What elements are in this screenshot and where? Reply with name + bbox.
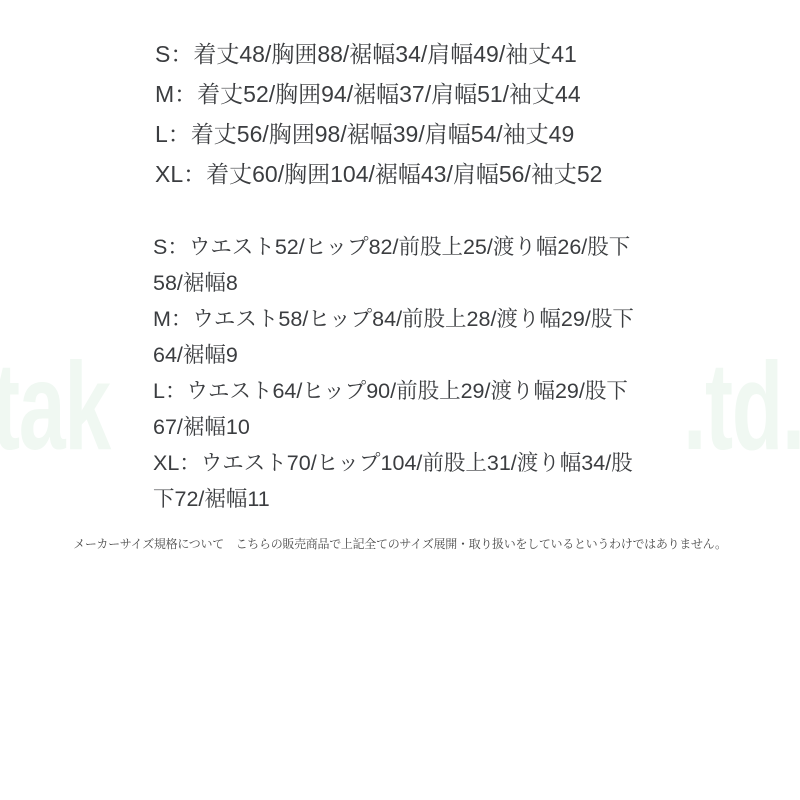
size-chart-bottoms: S：ウエスト52/ヒップ82/前股上25/渡り幅26/股下 58/裾幅8 M：ウ… <box>153 229 634 517</box>
tops-size-row-s: S：着丈48/胸囲88/裾幅34/肩幅49/袖丈41 <box>155 34 602 74</box>
bottoms-size-row-l-line1: L：ウエスト64/ヒップ90/前股上29/渡り幅29/股下 <box>153 373 634 409</box>
bottoms-size-row-xl-line1: XL：ウエスト70/ヒップ104/前股上31/渡り幅34/股 <box>153 445 634 481</box>
size-chart-tops: S：着丈48/胸囲88/裾幅34/肩幅49/袖丈41 M：着丈52/胸囲94/裾… <box>155 34 602 194</box>
bottoms-size-row-s-line2: 58/裾幅8 <box>153 265 634 301</box>
bottoms-size-row-s-line1: S：ウエスト52/ヒップ82/前股上25/渡り幅26/股下 <box>153 229 634 265</box>
size-chart-page: tak .td. S：着丈48/胸囲88/裾幅34/肩幅49/袖丈41 M：着丈… <box>0 0 800 800</box>
bottoms-size-row-xl-line2: 下72/裾幅11 <box>153 481 634 517</box>
watermark-right-fragment: .td. <box>683 345 800 469</box>
bottoms-size-row-m-line2: 64/裾幅9 <box>153 337 634 373</box>
tops-size-row-xl: XL：着丈60/胸囲104/裾幅43/肩幅56/袖丈52 <box>155 154 602 194</box>
tops-size-row-m: M：着丈52/胸囲94/裾幅37/肩幅51/袖丈44 <box>155 74 602 114</box>
tops-size-row-l: L：着丈56/胸囲98/裾幅39/肩幅54/袖丈49 <box>155 114 602 154</box>
bottoms-size-row-l-line2: 67/裾幅10 <box>153 409 634 445</box>
watermark-left-fragment: tak <box>0 345 110 469</box>
manufacturer-size-note: メーカーサイズ規格について こちらの販売商品で上記全てのサイズ展開・取り扱いをし… <box>0 535 800 552</box>
bottoms-size-row-m-line1: M：ウエスト58/ヒップ84/前股上28/渡り幅29/股下 <box>153 301 634 337</box>
